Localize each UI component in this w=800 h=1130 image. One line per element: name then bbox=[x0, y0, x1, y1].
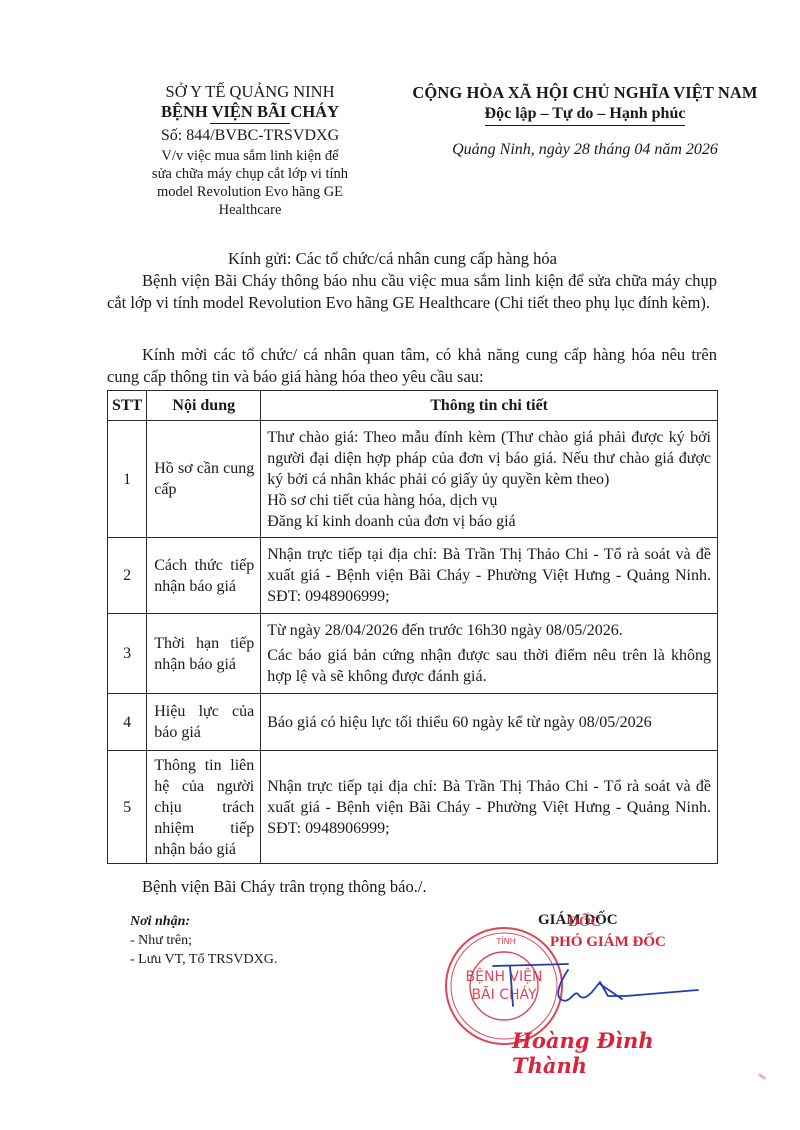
stamp-text: BÃI CHÁY bbox=[471, 986, 537, 1003]
column-header-content: Nội dung bbox=[147, 391, 261, 421]
signer-name: Hoàng Đình Thành bbox=[512, 1028, 710, 1078]
closing-line: Bệnh viện Bãi Cháy trân trọng thông báo.… bbox=[142, 876, 427, 898]
row-details: Báo giá có hiệu lực tối thiểu 60 ngày kể… bbox=[261, 694, 718, 751]
document-subject: V/v việc mua sắm linh kiện để sửa chữa m… bbox=[100, 147, 400, 219]
detail-line: Hồ sơ chi tiết của hàng hóa, dịch vụ bbox=[267, 490, 711, 511]
column-header-stt: STT bbox=[108, 391, 147, 421]
row-details: Thư chào giá: Theo mẫu đính kèm (Thư chà… bbox=[261, 421, 718, 538]
row-content: Cách thức tiếp nhận báo giá bbox=[147, 538, 261, 614]
detail-line: Từ ngày 28/04/2026 đến trước 16h30 ngày … bbox=[267, 620, 711, 641]
detail-line: Các báo giá bản cứng nhận được sau thời … bbox=[267, 645, 711, 687]
row-stt: 4 bbox=[108, 694, 147, 751]
table-row: 1 Hồ sơ cần cung cấp Thư chào giá: Theo … bbox=[108, 421, 718, 538]
detail-line: Nhận trực tiếp tại địa chỉ: Bà Trần Thị … bbox=[267, 776, 711, 839]
detail-line: Đăng kí kinh doanh của đơn vị báo giá bbox=[267, 511, 711, 532]
signer-title-overprint: ĐỐC bbox=[568, 914, 601, 931]
table-header-row: STT Nội dung Thông tin chi tiết bbox=[108, 391, 718, 421]
subject-line: model Revolution Evo hãng GE bbox=[100, 183, 400, 201]
intro-paragraph: Bệnh viện Bãi Cháy thông báo nhu cầu việ… bbox=[107, 270, 717, 314]
detail-line: Nhận trực tiếp tại địa chỉ: Bà Trần Thị … bbox=[267, 544, 711, 607]
subject-line: V/v việc mua sắm linh kiện để bbox=[100, 147, 400, 165]
nation-title: CỘNG HÒA XÃ HỘI CHỦ NGHĨA VIỆT NAM bbox=[385, 82, 785, 104]
row-stt: 1 bbox=[108, 421, 147, 538]
table-row: 2 Cách thức tiếp nhận báo giá Nhận trực … bbox=[108, 538, 718, 614]
national-motto: Độc lập – Tự do – Hạnh phúc bbox=[485, 104, 686, 126]
row-content: Thông tin liên hệ của người chịu trách n… bbox=[147, 751, 261, 864]
row-content: Hiệu lực của báo giá bbox=[147, 694, 261, 751]
row-stt: 2 bbox=[108, 538, 147, 614]
department-name: SỞ Y TẾ QUẢNG NINH bbox=[100, 82, 400, 102]
table-row: 5 Thông tin liên hệ của người chịu trách… bbox=[108, 751, 718, 864]
invitation-paragraph: Kính mời các tổ chức/ cá nhân quan tâm, … bbox=[107, 344, 717, 388]
recipient-item: - Như trên; bbox=[130, 931, 277, 950]
recipients-title: Nơi nhận: bbox=[130, 912, 277, 931]
row-details: Nhận trực tiếp tại địa chỉ: Bà Trần Thị … bbox=[261, 751, 718, 864]
column-header-details: Thông tin chi tiết bbox=[261, 391, 718, 421]
requirements-table: STT Nội dung Thông tin chi tiết 1 Hồ sơ … bbox=[107, 390, 718, 864]
stamp-text: BỆNH VIỆN bbox=[466, 967, 543, 985]
subject-line: Healthcare bbox=[100, 201, 400, 219]
national-header-block: CỘNG HÒA XÃ HỘI CHỦ NGHĨA VIỆT NAM Độc l… bbox=[385, 82, 785, 160]
deputy-title: PHÓ GIÁM ĐỐC bbox=[550, 934, 666, 951]
row-details: Nhận trực tiếp tại địa chỉ: Bà Trần Thị … bbox=[261, 538, 718, 614]
issuing-authority-block: SỞ Y TẾ QUẢNG NINH BỆNH VIỆN BÃI CHÁY Số… bbox=[100, 82, 400, 219]
row-content: Hồ sơ cần cung cấp bbox=[147, 421, 261, 538]
table-row: 3 Thời hạn tiếp nhận báo giá Từ ngày 28/… bbox=[108, 614, 718, 694]
detail-line: Báo giá có hiệu lực tối thiểu 60 ngày kể… bbox=[267, 712, 711, 733]
divider bbox=[210, 123, 290, 124]
row-stt: 3 bbox=[108, 614, 147, 694]
subject-line: sửa chữa máy chụp cắt lớp vi tính bbox=[100, 165, 400, 183]
recipient-item: - Lưu VT, Tổ TRSVDXG. bbox=[130, 950, 277, 969]
scan-mark bbox=[758, 1073, 766, 1080]
recipient-line: Kính gửi: Các tổ chức/cá nhân cung cấp h… bbox=[228, 248, 557, 270]
table-row: 4 Hiệu lực của báo giá Báo giá có hiệu l… bbox=[108, 694, 718, 751]
hospital-name: BỆNH VIỆN BÃI CHÁY bbox=[100, 102, 400, 122]
row-stt: 5 bbox=[108, 751, 147, 864]
stamp-ring-text: TỈNH bbox=[495, 935, 515, 946]
place-date: Quảng Ninh, ngày 28 tháng 04 năm 2026 bbox=[385, 140, 785, 160]
signature-block: BỆNH VIỆN BÃI CHÁY TỈNH GIÁM ĐỐC ĐỐC PHÓ… bbox=[440, 900, 710, 1070]
document-number: Số: 844/BVBC-TRSVDXG bbox=[100, 126, 400, 146]
row-details: Từ ngày 28/04/2026 đến trước 16h30 ngày … bbox=[261, 614, 718, 694]
row-content: Thời hạn tiếp nhận báo giá bbox=[147, 614, 261, 694]
recipients-block: Nơi nhận: - Như trên; - Lưu VT, Tổ TRSVD… bbox=[130, 912, 277, 969]
detail-line: Thư chào giá: Theo mẫu đính kèm (Thư chà… bbox=[267, 427, 711, 490]
